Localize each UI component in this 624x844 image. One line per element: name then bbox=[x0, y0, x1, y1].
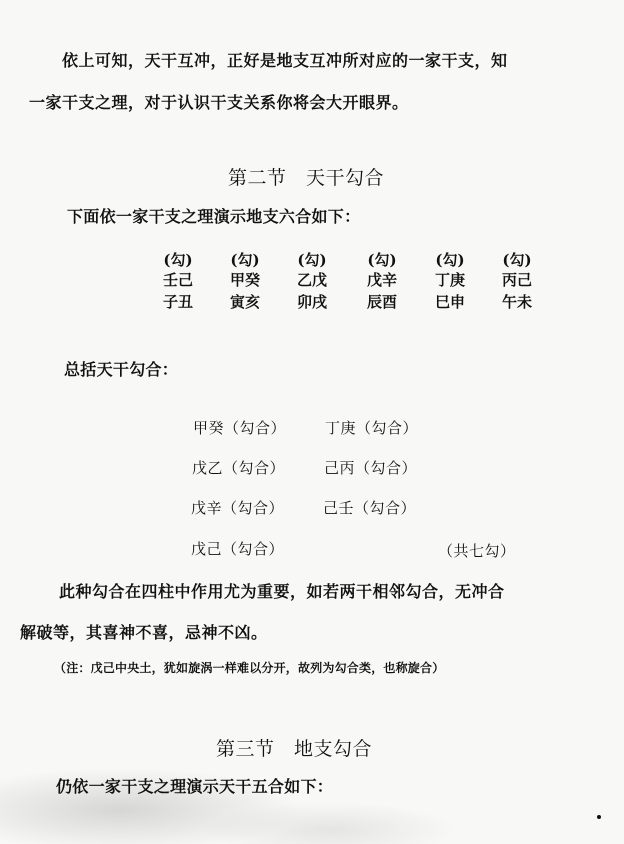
section2-note: （注：戊己中央土，犹如旋涡一样难以分开，故列为勾合类，也称旋合） bbox=[54, 659, 444, 676]
grid-label: (勾) bbox=[292, 250, 332, 270]
grid-label: (勾) bbox=[225, 250, 265, 270]
intro-paragraph-line1: 依上可知，天干互冲，正好是地支互冲所对应的一家干支，知 bbox=[62, 48, 508, 71]
summary-title: 总括天干勾合： bbox=[64, 357, 178, 380]
grid-branches: 巳申 bbox=[430, 292, 470, 312]
grid-stems: 壬己 bbox=[158, 270, 198, 290]
grid-branches: 午未 bbox=[497, 292, 537, 312]
grid-branches: 寅亥 bbox=[225, 292, 265, 312]
grid-stems: 戊辛 bbox=[362, 270, 402, 290]
grid-label: (勾) bbox=[158, 250, 198, 270]
intro-paragraph-line2: 一家干支之理，对于认识干支关系你将会大开眼界。 bbox=[29, 90, 409, 113]
summary-count: （共七勾） bbox=[438, 540, 516, 561]
summary-row-left: 甲癸（勾合） bbox=[193, 417, 286, 438]
grid-stems: 丁庚 bbox=[430, 270, 470, 290]
grid-stems: 甲癸 bbox=[225, 270, 265, 290]
grid-label: (勾) bbox=[362, 250, 402, 270]
section2-paragraph-line2: 解破等，其喜神不喜，忌神不凶。 bbox=[20, 620, 268, 643]
summary-row-right: 己丙（勾合） bbox=[324, 457, 417, 478]
grid-label: (勾) bbox=[497, 250, 537, 270]
summary-row-right: 丁庚（勾合） bbox=[325, 417, 418, 438]
grid-branches: 辰酉 bbox=[362, 292, 402, 312]
grid-stems: 乙戊 bbox=[292, 270, 332, 290]
document-page: 依上可知，天干互冲，正好是地支互冲所对应的一家干支，知 一家干支之理，对于认识干… bbox=[0, 0, 624, 844]
scan-speck bbox=[597, 815, 601, 819]
grid-branches: 卯戌 bbox=[292, 292, 332, 312]
grid-branches: 子丑 bbox=[158, 292, 198, 312]
section2-paragraph-line1: 此种勾合在四柱中作用尤为重要，如若两干相邻勾合，无冲合 bbox=[59, 579, 505, 602]
summary-row-left: 戊己（勾合） bbox=[191, 538, 284, 559]
section2-intro: 下面依一家干支之理演示地支六合如下： bbox=[67, 204, 360, 227]
grid-stems: 丙己 bbox=[497, 270, 537, 290]
grid-label: (勾) bbox=[430, 250, 470, 270]
summary-row-left: 戊辛（勾合） bbox=[191, 497, 284, 518]
summary-row-left: 戊乙（勾合） bbox=[192, 457, 285, 478]
section3-intro: 仍依一家干支之理演示天干五合如下： bbox=[56, 774, 333, 797]
summary-row-right: 己壬（勾合） bbox=[323, 497, 416, 518]
section3-heading: 第三节 地支勾合 bbox=[216, 734, 372, 761]
section2-heading: 第二节 天干勾合 bbox=[228, 163, 384, 190]
